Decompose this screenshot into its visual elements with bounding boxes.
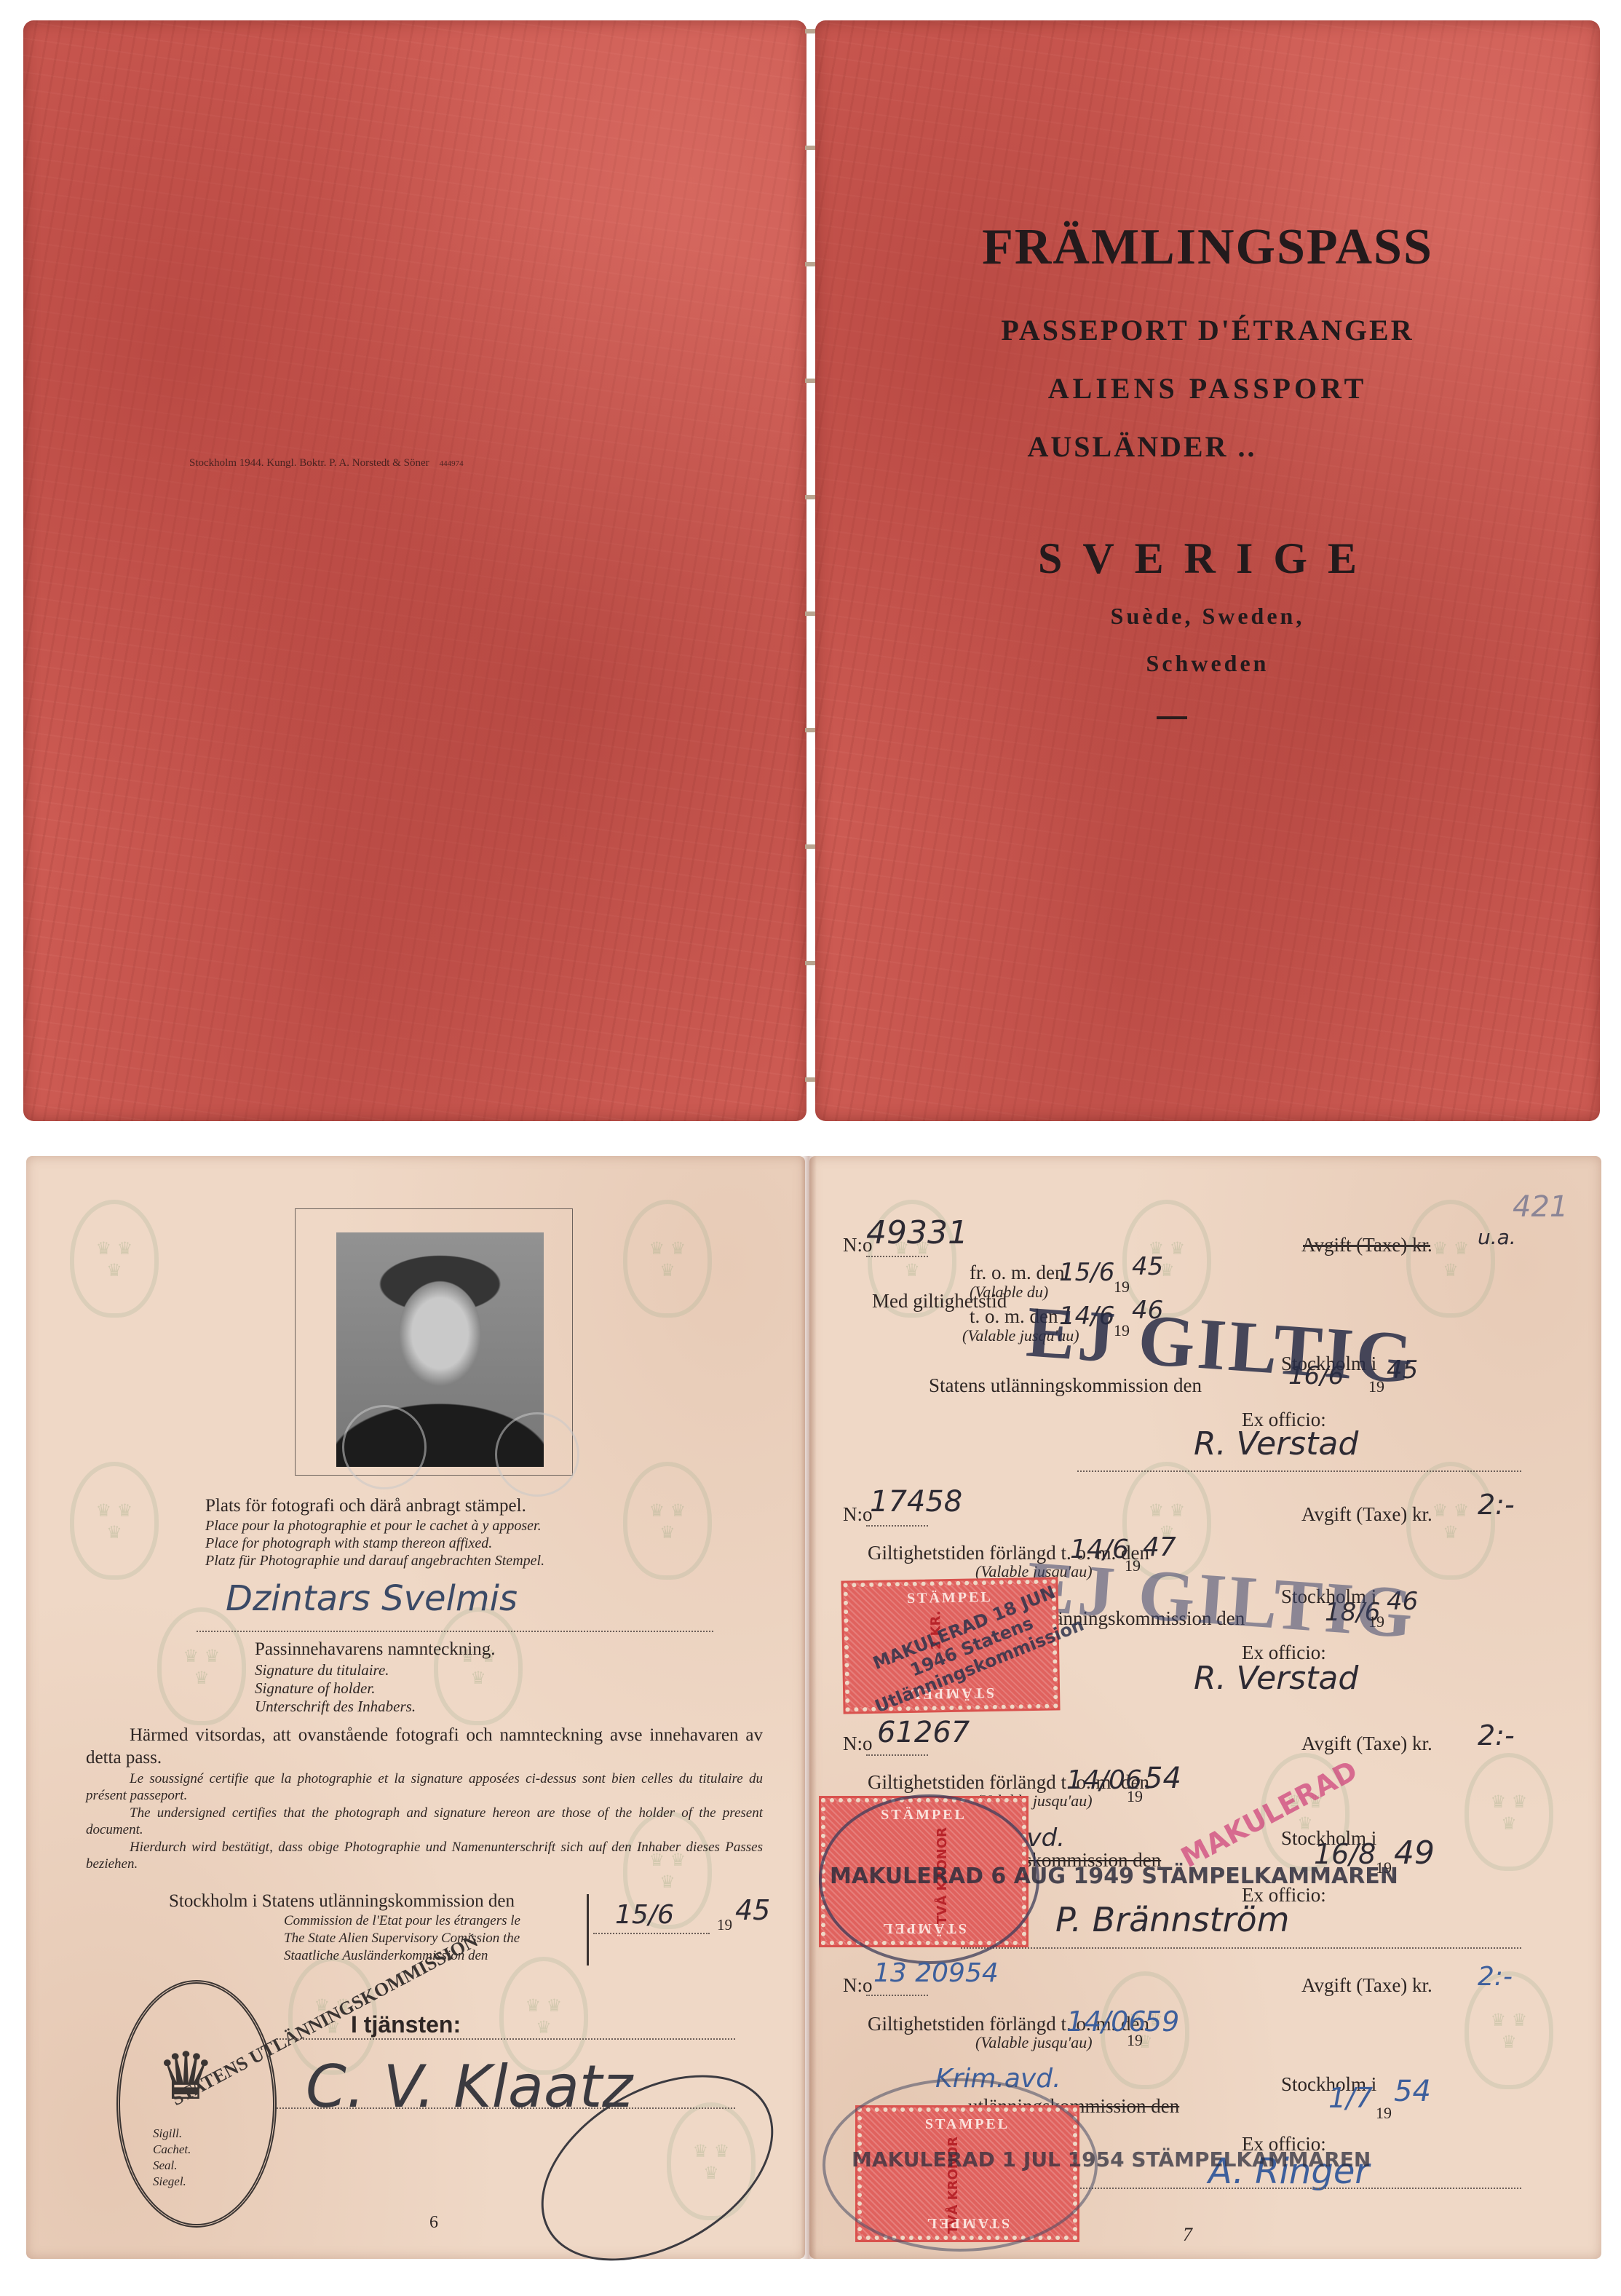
cancellation-postmark: MAKULERAD 1 JUL 1954 STÄMPELKAMMAREN [852, 2147, 1371, 2172]
entry2-no-label: N:o [843, 1503, 873, 1526]
signature-caption-en: Signature of holder. [255, 1679, 375, 1698]
photo-embossed-seal [342, 1405, 427, 1489]
country-translations: Suède, Sweden, [815, 603, 1600, 630]
photo-caption-en: Place for photograph with stamp thereon … [205, 1535, 492, 1552]
official-signature: C. V. Klaatz [306, 2053, 633, 2121]
certification-en: The undersigned certifies that the photo… [86, 1805, 763, 1838]
dotted-line [961, 1947, 1521, 1949]
dotted-line [866, 1995, 928, 1996]
issue-year: 45 [735, 1894, 770, 1926]
watermark-crest [70, 1200, 159, 1318]
watermark-crest [70, 1462, 159, 1580]
certification-fr: Le soussigné certifie que la photographi… [86, 1770, 763, 1804]
imprint-number: 444974 [440, 459, 464, 468]
signature-caption-sv: Passinnehavarens namnteckning. [255, 1639, 495, 1660]
seal-label: Sigill. Cachet. Seal. Siegel. [153, 2126, 204, 2190]
entry4-issue-date: 1/7 [1328, 2082, 1373, 2114]
entry4-number: 13 20954 [873, 1958, 999, 1988]
watermark-crest [157, 1607, 246, 1725]
watermark-crest [1406, 1200, 1495, 1318]
issue-day-month: 15/6 [615, 1900, 674, 1930]
entry1-number: 49331 [866, 1214, 968, 1251]
photo-caption-sv: Plats för fotografi och därå anbragt stä… [205, 1496, 526, 1516]
entry4-issue-year: 54 [1394, 2075, 1431, 2108]
entry4-no-label: N:o [843, 1974, 873, 1997]
fee-strikethrough [1303, 1245, 1430, 1247]
year-prefix: 19 [1114, 1278, 1130, 1297]
entry2-number: 17458 [870, 1485, 962, 1519]
entry4-fee: 2:- [1478, 1962, 1513, 1992]
date-line [593, 1933, 710, 1934]
year-prefix: 19 [1376, 2104, 1392, 2123]
entry3-fee: 2:- [1478, 1719, 1515, 1751]
back-cover [23, 20, 806, 1121]
entry1-from-label: fr. o. m. den [970, 1262, 1064, 1284]
brace [587, 1894, 589, 1966]
entry1-from-date: 15/6 [1059, 1258, 1114, 1287]
title-swedish: FRÄMLINGSPASS [815, 218, 1600, 277]
signature-caption-de: Unterschrift des Inhabers. [255, 1698, 416, 1716]
page-number-6: 6 [429, 2213, 438, 2233]
year-prefix: 19 [1127, 1787, 1143, 1806]
entry4-extended-year: 59 [1144, 2006, 1179, 2038]
entry2-fee: 2:- [1478, 1489, 1515, 1521]
entry4-fee-label: Avgift (Taxe) kr. [1301, 1974, 1432, 1997]
entry2-fee-label: Avgift (Taxe) kr. [1301, 1503, 1432, 1526]
title-english: ALIENS PASSPORT [815, 371, 1600, 405]
printer-imprint: Stockholm 1944. Kungl. Boktr. P. A. Nors… [189, 457, 655, 470]
photo-embossed-seal [495, 1412, 579, 1497]
title-french: PASSEPORT D'ÉTRANGER [815, 313, 1600, 347]
issued-by-fr: Commission de l'Etat pour les étrangers … [284, 1913, 520, 1929]
issued-by-sv: Stockholm i Statens utlänningskommission… [169, 1891, 515, 1912]
dotted-line [866, 1256, 928, 1257]
signature-caption-fr: Signature du titulaire. [255, 1661, 389, 1679]
dotted-line [866, 1754, 928, 1756]
photo-caption-de: Platz für Photographie und darauf angebr… [205, 1553, 544, 1569]
entry3-number: 61267 [877, 1716, 970, 1749]
year-prefix: 19 [1127, 2031, 1143, 2050]
entry3-signature: P. Brännström [1055, 1900, 1289, 1939]
issued-by-en: The State Alien Supervisory Comission th… [284, 1931, 520, 1947]
watermark-crest [434, 1607, 523, 1725]
dotted-line [1077, 1470, 1521, 1472]
official-line [277, 2038, 735, 2040]
entry1-fee: u.a. [1478, 1225, 1516, 1249]
corner-note: 421 [1513, 1190, 1568, 1224]
year-prefix: 19 [717, 1916, 732, 1934]
in-service-label: I tjänsten: [351, 2011, 461, 2038]
title-german: AUSLÄNDER .. [750, 429, 1534, 464]
imprint-text: Stockholm 1944. Kungl. Boktr. P. A. Nors… [189, 457, 429, 469]
entry1-signature: R. Verstad [1194, 1425, 1358, 1462]
signature-line [197, 1631, 713, 1632]
watermark-crest [623, 1200, 712, 1318]
entry3-extended-year: 54 [1144, 1762, 1181, 1795]
watermark-crest [623, 1462, 712, 1580]
front-cover: FRÄMLINGSPASS PASSEPORT D'ÉTRANGER ALIEN… [815, 20, 1600, 1121]
entry3-fee-label: Avgift (Taxe) kr. [1301, 1733, 1432, 1755]
certification-sv: Härmed vitsordas, att ovanstående fotogr… [86, 1724, 763, 1769]
entry3-no-label: N:o [843, 1733, 873, 1755]
page-number-7: 7 [1183, 2224, 1192, 2246]
book-gutter [801, 1156, 817, 2259]
ornament-rule [1157, 716, 1187, 719]
entry2-signature: R. Verstad [1194, 1660, 1358, 1697]
photo-caption-fr: Place pour la photographie et pour le ca… [205, 1518, 542, 1535]
cancellation-postmark: MAKULERAD 6 AUG 1949 STÄMPELKAMMAREN [830, 1864, 1398, 1889]
entry3-issue-year: 49 [1394, 1834, 1435, 1872]
entry1-from-year: 45 [1132, 1252, 1163, 1281]
certification-de: Hierdurch wird bestätigt, dass obige Pho… [86, 1839, 763, 1872]
watermark-crest [1465, 1753, 1553, 1871]
country-name: SVERIGE [815, 534, 1600, 584]
dotted-line [866, 1525, 928, 1527]
holder-signature: Dzintars Svelmis [226, 1578, 518, 1619]
country-translation-german: Schweden [815, 650, 1600, 677]
